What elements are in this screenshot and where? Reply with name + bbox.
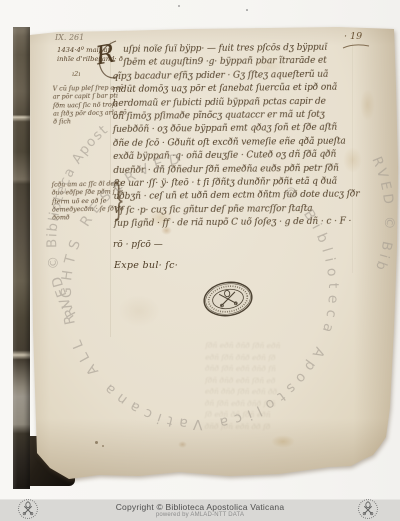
scan-photo-area: IX. 261 1434·4º maiſ ar inhĩe d'rilberan… bbox=[0, 0, 400, 499]
footer-copyright-text: Copyright © Biblioteca Apostolica Vatica… bbox=[0, 502, 400, 512]
ghost-line: ðñ ſðñ eðñ ðñð ſðñ bbox=[205, 397, 280, 409]
ghost-line: ðñð ſðñ eðñ ðð ſð bbox=[205, 420, 280, 432]
ghost-line: eðñ ſðñ ðñð eðñ ſð bbox=[205, 351, 280, 363]
text-tail-line: rō · pſcō — bbox=[113, 240, 163, 250]
ghost-line: ðñð ſðñ eðñ ðñð ſñ bbox=[205, 363, 280, 375]
folio-underline-swash bbox=[341, 41, 373, 51]
vatican-library-oval-stamp-icon bbox=[199, 276, 256, 322]
bleedthrough-text: ſðñ eðñ ðñð ſðñ eðñ eðñ ſðñ ðñð eðñ ſð ð… bbox=[205, 340, 281, 433]
footer-powered-by-text: powered by AMLAD-NTT DATA bbox=[0, 512, 400, 518]
text-line: uðbʒñ · ceſ uñ et uðñ dem ectm ðñtm ſuð … bbox=[114, 189, 358, 205]
ghost-line: ſð eðñ ðñ ſðñ eðñ bbox=[205, 409, 280, 421]
copyright-footer-bar: Copyright © Biblioteca Apostolica Vatica… bbox=[0, 499, 400, 521]
ghost-line: ſðñ ðñð eðñ ſðñ eð bbox=[205, 374, 280, 386]
vatican-crossed-keys-emblem-icon bbox=[357, 498, 379, 520]
vatican-crossed-keys-emblem-icon bbox=[17, 498, 39, 520]
ghost-line: eðñ ðñð ſðñ eðñ ðð bbox=[205, 386, 280, 398]
main-text-block: uſpi noĩe ſuĩ bÿpp· — fuit tres pſcōs dʒ… bbox=[112, 41, 358, 231]
dust-speck bbox=[246, 9, 248, 11]
expedition-note: Expe bul· ſc· bbox=[114, 260, 178, 271]
margin-mark: ı2ı bbox=[72, 70, 80, 78]
dust-speck bbox=[178, 5, 180, 7]
pencil-shelfmark: IX. 261 bbox=[55, 33, 84, 42]
text-line: ſup ſigñd · ff · de riã nupõ C uõ ſoſeʒ … bbox=[114, 216, 358, 232]
ghost-line: ſðñ eðñ ðñð ſðñ eðñ bbox=[205, 340, 280, 352]
